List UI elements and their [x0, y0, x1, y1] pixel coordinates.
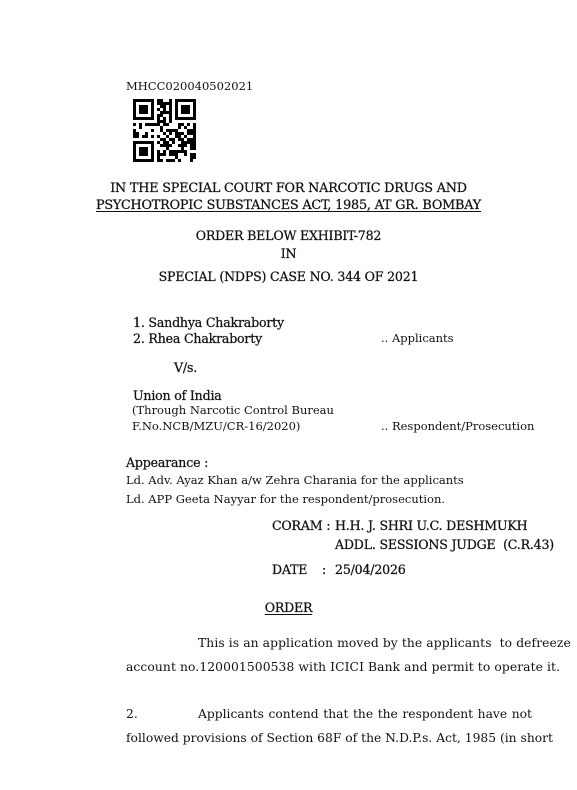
versus: V/s.	[174, 360, 197, 375]
respondent-through: (Through Narcotic Control Bureau	[132, 403, 334, 417]
coram-label: CORAM :	[272, 518, 330, 533]
date-value: 25/04/2026	[335, 562, 406, 577]
order-heading: ORDER	[0, 600, 577, 615]
qr-code-icon	[133, 99, 196, 162]
appearance-heading: Appearance :	[126, 455, 208, 470]
paragraph-2-line-2: followed provisions of Section 68F of th…	[126, 731, 532, 745]
date-label: DATE	[272, 562, 307, 577]
applicant-2: 2. Rhea Chakraborty	[133, 331, 262, 346]
order-title-line-2: IN	[0, 246, 577, 261]
applicant-1: 1. Sandhya Chakraborty	[133, 315, 284, 330]
respondent-label: .. Respondent/Prosecution	[381, 419, 534, 433]
court-header-line-2: PSYCHOTROPIC SUBSTANCES ACT, 1985, AT GR…	[0, 198, 577, 213]
respondent-file-number: F.No.NCB/MZU/CR-16/2020)	[132, 419, 300, 433]
court-header-line-1: IN THE SPECIAL COURT FOR NARCOTIC DRUGS …	[0, 181, 577, 196]
case-code: MHCC020040502021	[126, 79, 253, 93]
coram-judge-line-1: H.H. J. SHRI U.C. DESHMUKH	[335, 518, 527, 533]
case-number: SPECIAL (NDPS) CASE NO. 344 OF 2021	[0, 269, 577, 284]
order-title-line-1: ORDER BELOW EXHIBIT-782	[0, 228, 577, 243]
applicants-label: .. Applicants	[381, 331, 454, 345]
appearance-line-1: Ld. Adv. Ayaz Khan a/w Zehra Charania fo…	[126, 473, 464, 487]
date-separator: :	[322, 562, 326, 577]
respondent-name: Union of India	[133, 388, 222, 403]
coram-judge-line-2: ADDL. SESSIONS JUDGE (C.R.43)	[335, 537, 554, 552]
paragraph-1-line-2: account no.120001500538 with ICICI Bank …	[126, 660, 560, 674]
paragraph-1-line-1: This is an application moved by the appl…	[198, 636, 571, 650]
appearance-line-2: Ld. APP Geeta Nayyar for the respondent/…	[126, 492, 445, 506]
paragraph-2-number: 2.	[126, 707, 138, 721]
paragraph-2-line-1: Applicants contend that the the responde…	[198, 707, 532, 721]
